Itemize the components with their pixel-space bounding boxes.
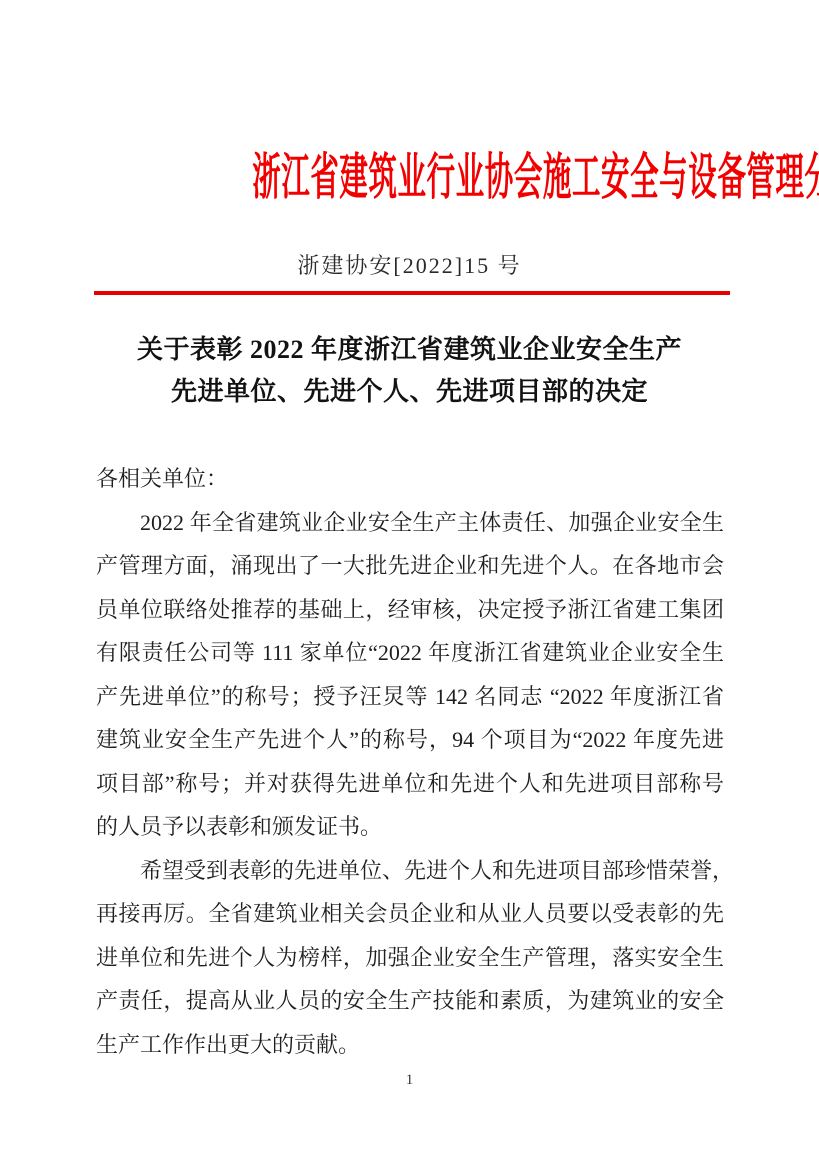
page-number: 1 bbox=[0, 1072, 819, 1089]
doc-title-line1: 关于表彰 2022 年度浙江省建筑业企业安全生产 bbox=[0, 329, 819, 371]
body-line: 进单位和先进个人为榜样，加强企业安全生产管理，落实安全生 bbox=[96, 936, 724, 980]
body-text: 各相关单位： 2022 年全省建筑业企业安全生产主体责任、加强企业安全生 产管理… bbox=[96, 457, 724, 1066]
salutation: 各相关单位： bbox=[96, 457, 724, 501]
org-title-banner: 浙江省建筑业行业协会施工安全与设备管理分会文件 bbox=[0, 138, 819, 216]
org-title-text: 浙江省建筑业行业协会施工安全与设备管理分会文件 bbox=[252, 138, 819, 216]
body-line: 2022 年全省建筑业企业安全生产主体责任、加强企业安全生 bbox=[96, 501, 724, 545]
body-line: 希望受到表彰的先进单位、先进个人和先进项目部珍惜荣誉， bbox=[96, 849, 724, 893]
body-line: 有限责任公司等 111 家单位“2022 年度浙江省建筑业企业安全生 bbox=[96, 631, 724, 675]
body-line: 产责任，提高从业人员的安全生产技能和素质，为建筑业的安全 bbox=[96, 979, 724, 1023]
body-line: 项目部”称号；并对获得先进单位和先进个人和先进项目部称号 bbox=[96, 762, 724, 806]
body-line: 再接再厉。全省建筑业相关会员企业和从业人员要以受表彰的先 bbox=[96, 892, 724, 936]
doc-reference-number: 浙建协安[2022]15 号 bbox=[0, 249, 819, 280]
doc-title: 关于表彰 2022 年度浙江省建筑业企业安全生产 先进单位、先进个人、先进项目部… bbox=[0, 329, 819, 413]
body-line: 产管理方面，涌现出了一大批先进企业和先进个人。在各地市会 bbox=[96, 544, 724, 588]
body-line: 生产工作作出更大的贡献。 bbox=[96, 1023, 724, 1067]
body-line: 员单位联络处推荐的基础上，经审核，决定授予浙江省建工集团 bbox=[96, 588, 724, 632]
document-page: 浙江省建筑业行业协会施工安全与设备管理分会文件 浙建协安[2022]15 号 关… bbox=[0, 0, 819, 1158]
doc-title-line2: 先进单位、先进个人、先进项目部的决定 bbox=[0, 371, 819, 413]
body-line: 建筑业安全生产先进个人”的称号，94 个项目为“2022 年度先进 bbox=[96, 718, 724, 762]
body-line: 的人员予以表彰和颁发证书。 bbox=[96, 805, 724, 849]
red-divider-rule bbox=[94, 291, 730, 295]
body-line: 产先进单位”的称号；授予汪炅等 142 名同志 “2022 年度浙江省 bbox=[96, 675, 724, 719]
